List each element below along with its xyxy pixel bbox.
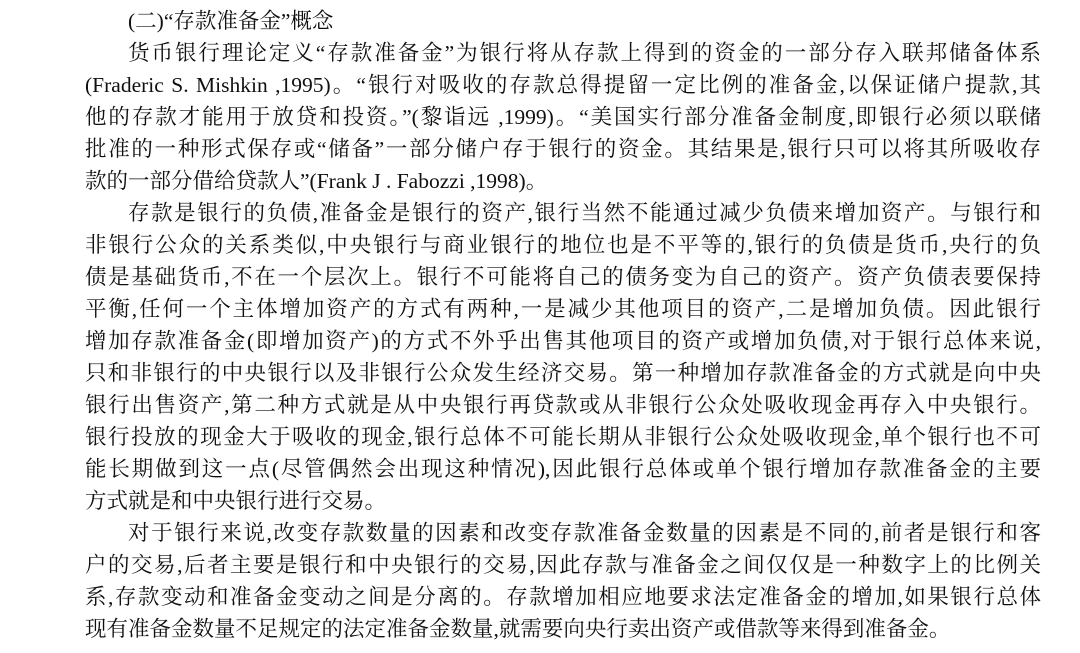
document-page: (二)“存款准备金”概念 货币银行理论定义“存款准备金”为银行将从存款上得到的资… <box>0 0 1080 653</box>
paragraph-2-line: 银行投放的现金大于吸收的现金,银行总体不可能长期从非银行公众处吸收现金,单个银行… <box>85 421 1041 453</box>
paragraph-2-line: 存款是银行的负债,准备金是银行的资产,银行当然不能通过减少负债来增加资产。与银行… <box>85 197 1041 229</box>
paragraph-3-line: 对于银行来说,改变存款数量的因素和改变存款准备金数量的因素是不同的,前者是银行和… <box>85 517 1041 549</box>
paragraph-2-line: 方式就是和中央银行进行交易。 <box>85 485 1041 517</box>
paragraph-2-line: 银行出售资产,第二种方式就是从中央银行再贷款或从非银行公众处吸收现金再存入中央银… <box>85 389 1041 421</box>
section-heading: (二)“存款准备金”概念 <box>85 5 1041 37</box>
paragraph-1-line: 批准的一种形式保存或“储备”一部分储户存于银行的资金。其结果是,银行只可以将其所… <box>85 133 1041 165</box>
paragraph-1-line: 他的存款才能用于放贷和投资。”(黎诣远 ,1999)。“美国实行部分准备金制度,… <box>85 101 1041 133</box>
paragraph-2-line: 非银行公众的关系类似,中央银行与商业银行的地位也是不平等的,银行的负债是货币,央… <box>85 229 1041 261</box>
paragraph-3-line: 现有准备金数量不足规定的法定准备金数量,就需要向央行卖出资产或借款等来得到准备金… <box>85 613 1041 645</box>
paragraph-3-line: 户的交易,后者主要是银行和中央银行的交易,因此存款与准备金之间仅仅是一种数字上的… <box>85 549 1041 581</box>
paragraph-2-line: 债是基础货币,不在一个层次上。银行不可能将自己的债务变为自己的资产。资产负债表要… <box>85 261 1041 293</box>
paragraph-1-line: 款的一部分借给贷款人”(Frank J . Fabozzi ,1998)。 <box>85 165 1041 197</box>
paragraph-3-line: 系,存款变动和准备金变动之间是分离的。存款增加相应地要求法定准备金的增加,如果银… <box>85 581 1041 613</box>
paragraph-2-line: 只和非银行的中央银行以及非银行公众发生经济交易。第一种增加存款准备金的方式就是向… <box>85 357 1041 389</box>
paragraph-2-line: 平衡,任何一个主体增加资产的方式有两种,一是减少其他项目的资产,二是增加负债。因… <box>85 293 1041 325</box>
paragraph-1-line: (Fraderic S. Mishkin ,1995)。“银行对吸收的存款总得提… <box>85 69 1041 101</box>
paragraph-2-line: 能长期做到这一点(尽管偶然会出现这种情况),因此银行总体或单个银行增加存款准备金… <box>85 453 1041 485</box>
paragraph-1-line: 货币银行理论定义“存款准备金”为银行将从存款上得到的资金的一部分存入联邦储备体系 <box>85 37 1041 69</box>
text-column: (二)“存款准备金”概念 货币银行理论定义“存款准备金”为银行将从存款上得到的资… <box>85 5 1041 645</box>
paragraph-2-line: 增加存款准备金(即增加资产)的方式不外乎出售其他项目的资产或增加负债,对于银行总… <box>85 325 1041 357</box>
